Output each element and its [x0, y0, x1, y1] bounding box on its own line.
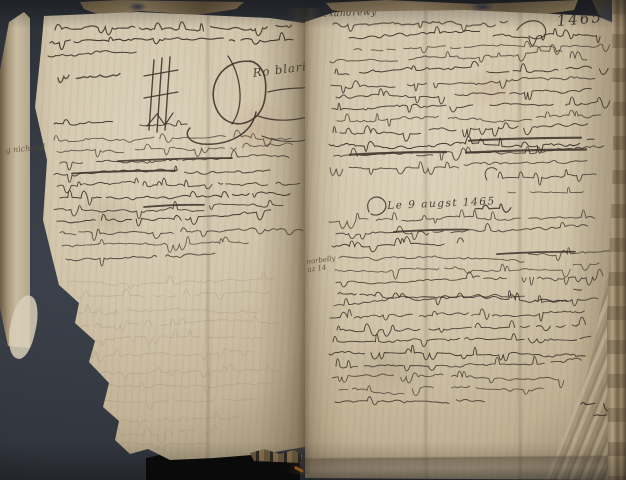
right-page: Alexandrewy 1465 Le 9 augst 1465 norbell… [305, 8, 626, 480]
manuscript-photo: Ro blario Alexandrewy 1465 Le 9 augst 14… [0, 0, 626, 480]
book-gutter [286, 8, 322, 474]
right-page-handwriting [305, 8, 626, 480]
fold-crease-bottom [305, 455, 626, 480]
